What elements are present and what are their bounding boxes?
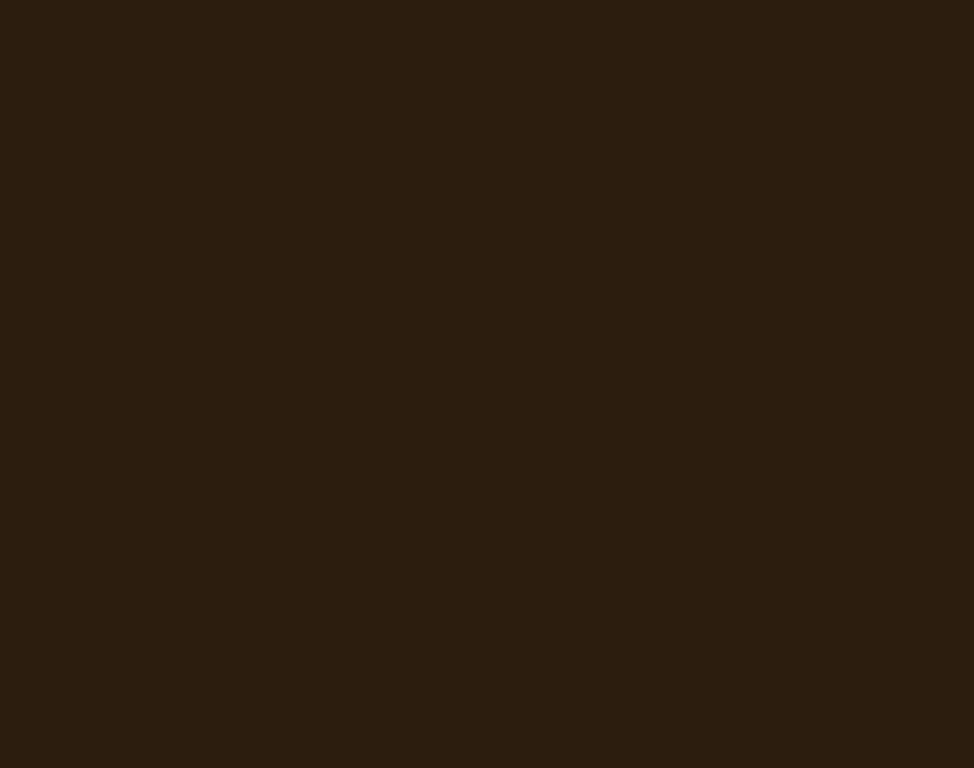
manuscript-photo: פף ׃ בהקלא קדם המלך (0, 0, 974, 768)
